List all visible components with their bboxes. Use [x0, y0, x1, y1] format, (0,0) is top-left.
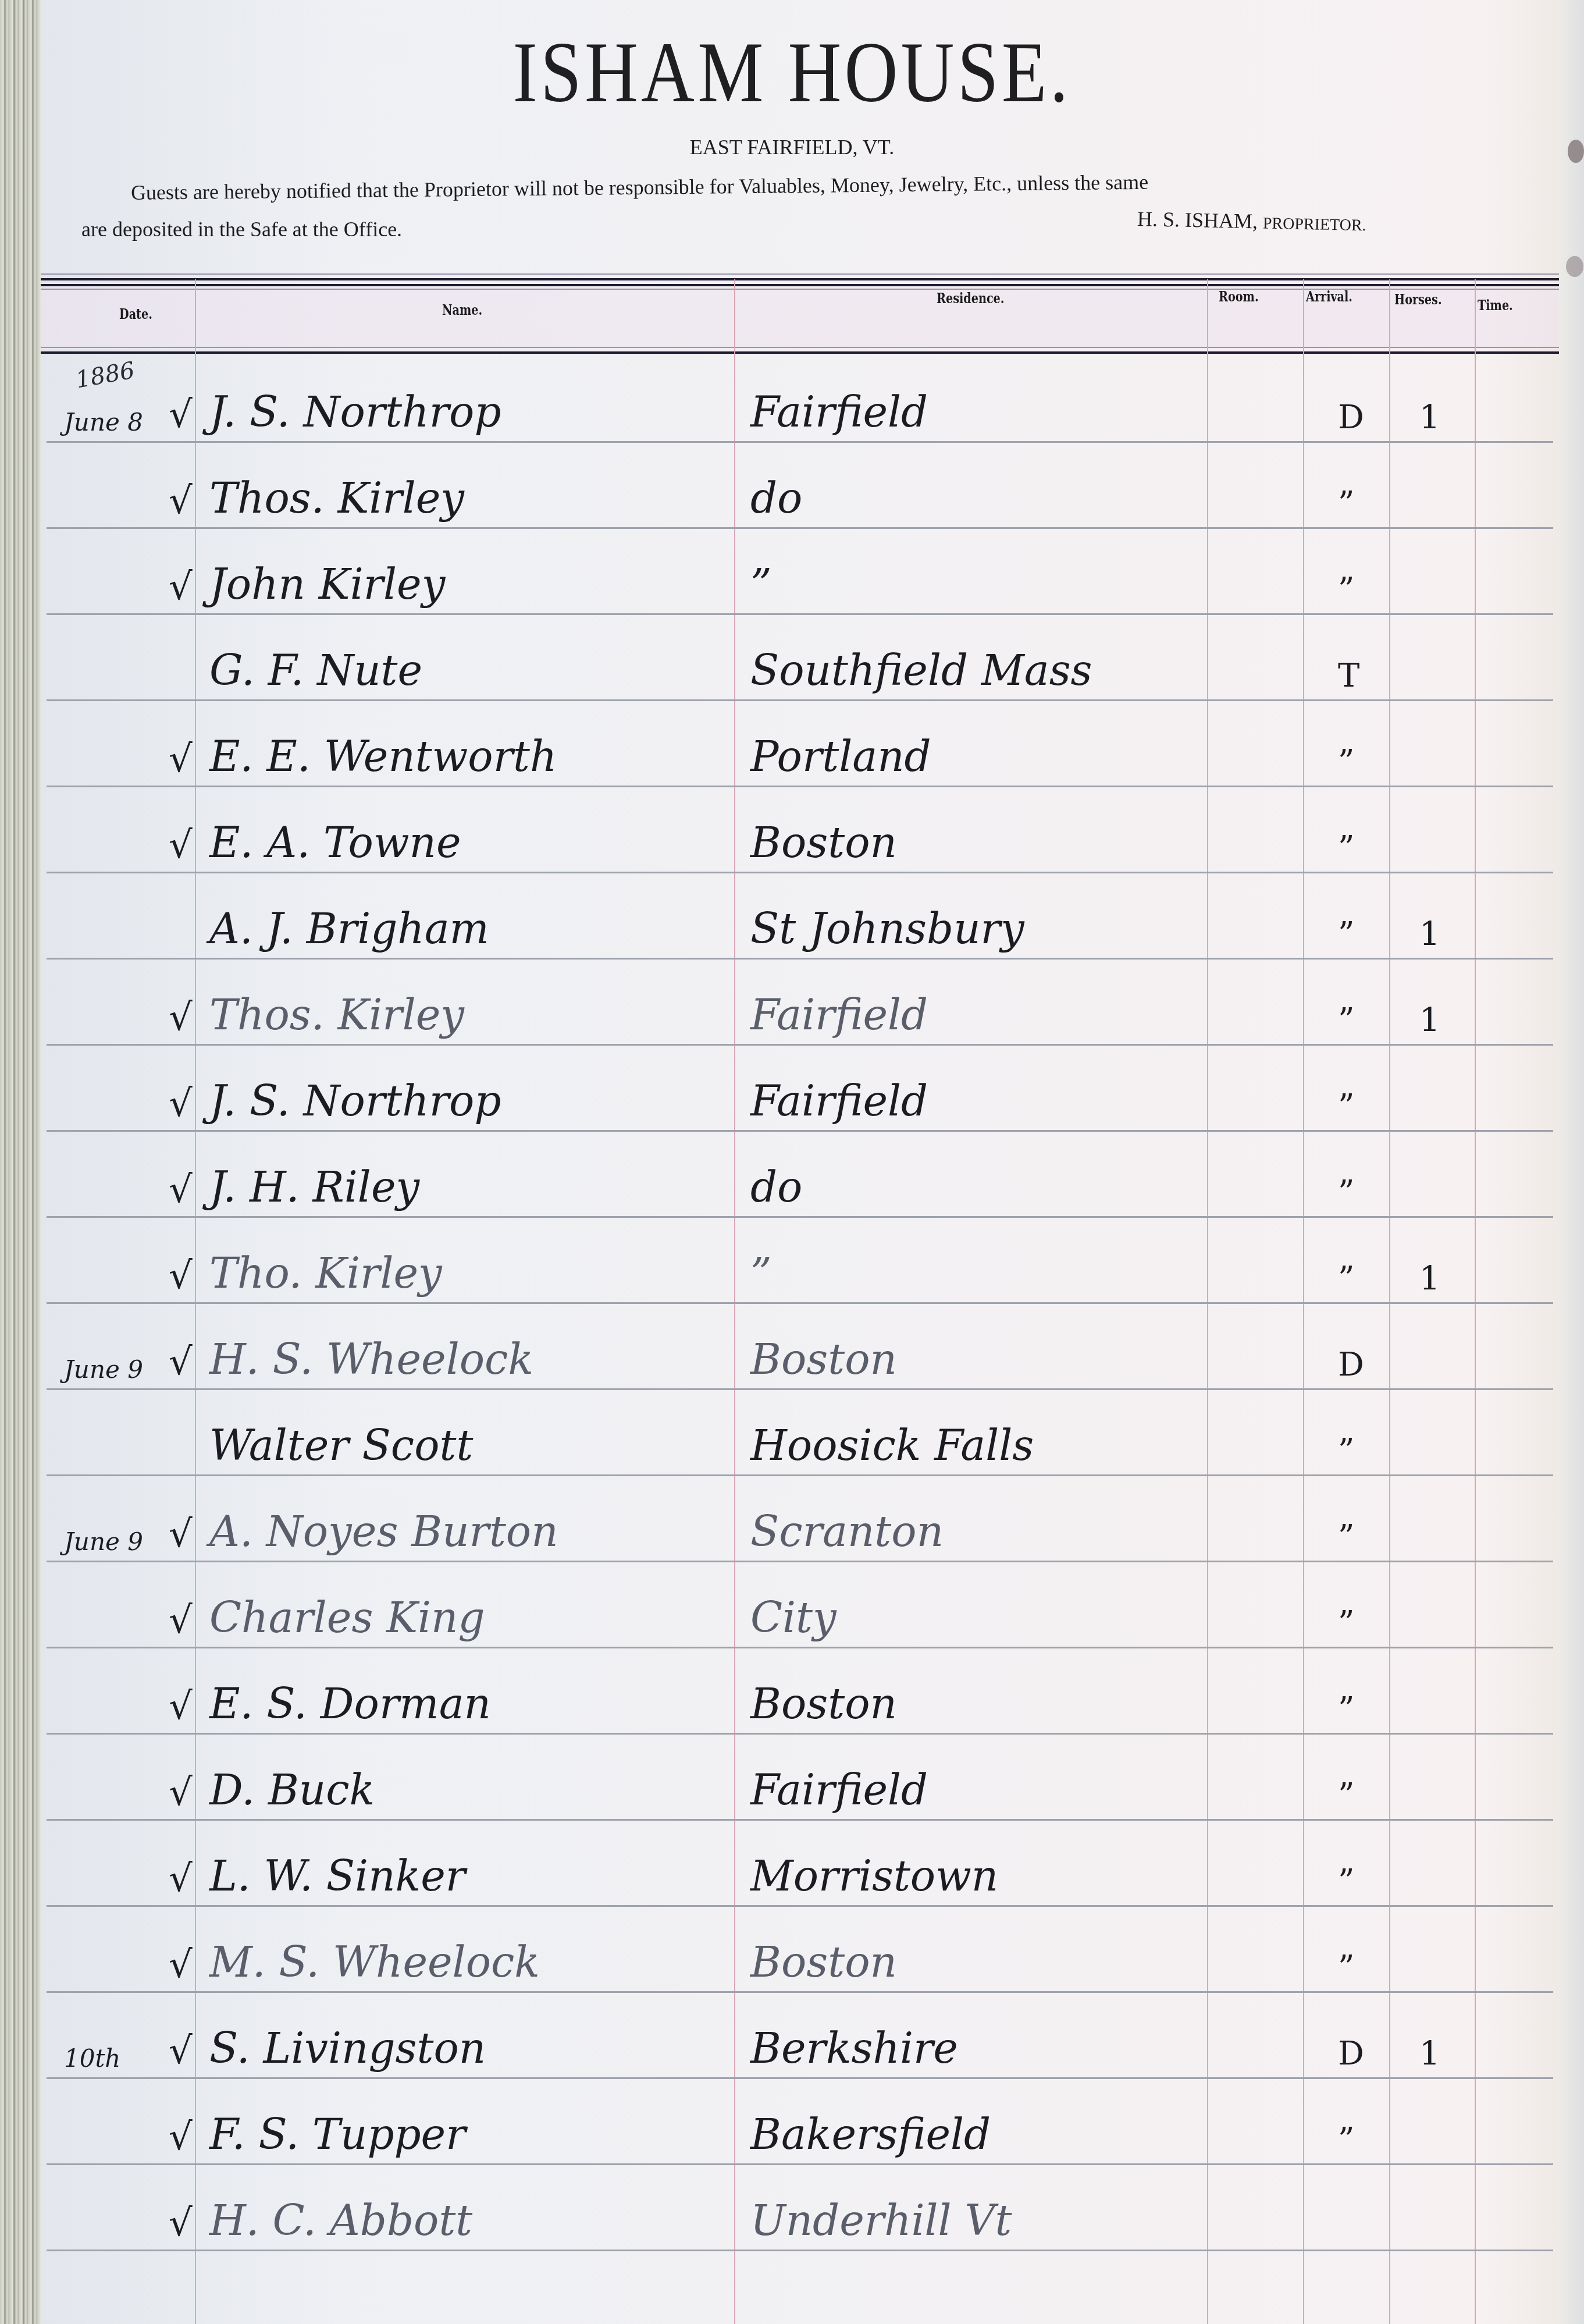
guest-name: Walter Scott: [209, 1421, 473, 1470]
checkmark-icon: √: [169, 1943, 193, 1987]
guest-name: F. S. Tupper: [209, 2110, 466, 2159]
ledger-rule: [47, 613, 1553, 615]
checkmark-icon: √: [169, 1857, 193, 1900]
ledger-rule: [47, 1733, 1553, 1735]
register-row: A. J. BrighamSt Johnsbury”1: [0, 877, 1584, 964]
ledger-rule: [47, 1991, 1553, 1993]
arrival-mark: D: [1338, 399, 1364, 436]
guest-residence: Fairfield: [750, 990, 928, 1039]
arrival-mark: ”: [1338, 1001, 1355, 1039]
column-header-name: Name.: [442, 301, 482, 318]
checkmark-icon: √: [169, 2116, 193, 2159]
column-header-residence: Residence.: [937, 290, 1004, 307]
guest-residence: St Johnsbury: [750, 904, 1024, 953]
proprietor-title: PROPRIETOR.: [1263, 215, 1366, 235]
horses-count: 1: [1419, 1260, 1440, 1298]
ledger-rule: [47, 1388, 1553, 1390]
guest-name: D. Buck: [209, 1765, 375, 1814]
checkmark-icon: √: [169, 393, 193, 436]
register-row: June 8√J. S. NorthropFairfieldD1: [0, 361, 1584, 447]
ledger-rule: [47, 1905, 1553, 1907]
horses-count: 1: [1419, 399, 1440, 436]
register-row: √Thos. Kirleydo”: [0, 447, 1584, 533]
arrival-mark: ”: [1338, 1174, 1355, 1211]
arrival-mark: D: [1338, 2035, 1364, 2073]
ledger-rule: [47, 1474, 1553, 1476]
register-row: June 9√A. Noyes BurtonScranton”: [0, 1480, 1584, 1566]
guest-name: H. C. Abbott: [209, 2196, 472, 2245]
checkmark-icon: √: [169, 2030, 193, 2073]
ledger-rule: [47, 1561, 1553, 1562]
checkmark-icon: √: [169, 738, 193, 781]
arrival-mark: ”: [1338, 1518, 1355, 1556]
ledger-rule: [47, 1216, 1553, 1218]
checkmark-icon: √: [169, 1513, 193, 1556]
checkmark-icon: √: [169, 566, 193, 609]
ledger-rule: [47, 2077, 1553, 2079]
guest-residence: Hoosick Falls: [750, 1421, 1034, 1470]
guest-name: E. S. Dorman: [209, 1679, 491, 1728]
checkmark-icon: √: [169, 1599, 193, 1642]
guest-residence: Southfield Mass: [750, 646, 1092, 695]
liability-notice-line2: are deposited in the Safe at the Office.: [81, 217, 402, 241]
ink-blot: [1566, 256, 1583, 277]
guest-residence: do: [750, 1163, 802, 1211]
arrival-mark: ”: [1338, 1260, 1355, 1298]
register-row: √J. S. NorthropFairfield”: [0, 1050, 1584, 1136]
ledger-rule: [47, 2250, 1553, 2251]
column-header-date: Date.: [119, 305, 152, 322]
checkmark-icon: √: [169, 824, 193, 867]
arrival-mark: ”: [1338, 915, 1355, 953]
register-row: √John Kirley””: [0, 533, 1584, 619]
guest-name: J. S. Northrop: [209, 388, 501, 436]
checkmark-icon: √: [169, 479, 193, 523]
entry-date: June 8: [64, 408, 143, 436]
register-row: √L. W. SinkerMorristown”: [0, 1825, 1584, 1911]
checkmark-icon: √: [169, 1685, 193, 1728]
guest-name: Thos. Kirley: [209, 990, 464, 1039]
header-rule-bottom: [41, 351, 1559, 354]
checkmark-icon: √: [169, 996, 193, 1039]
register-row: √E. S. DormanBoston”: [0, 1653, 1584, 1739]
register-row: √D. BuckFairfield”: [0, 1739, 1584, 1825]
header-rule-top-2: [41, 284, 1559, 286]
register-row: √F. S. TupperBakersfield”: [0, 2083, 1584, 2169]
guest-residence: Fairfield: [750, 1765, 928, 1814]
checkmark-icon: √: [169, 1771, 193, 1814]
guest-residence: do: [750, 474, 802, 523]
guest-residence: ”: [750, 560, 772, 609]
checkmark-icon: √: [169, 1341, 193, 1384]
guest-residence: Boston: [750, 1335, 897, 1384]
guest-name: A. Noyes Burton: [209, 1507, 558, 1556]
register-row: √Charles KingCity”: [0, 1566, 1584, 1653]
arrival-mark: ”: [1338, 1776, 1355, 1814]
arrival-mark: ”: [1338, 829, 1355, 867]
proprietor-signature: H. S. ISHAM, PROPRIETOR.: [1137, 207, 1366, 236]
guest-name: Charles King: [209, 1593, 485, 1642]
horses-count: 1: [1419, 2035, 1440, 2073]
arrival-mark: ”: [1338, 2121, 1355, 2159]
hotel-title: ISHAM HOUSE.: [111, 23, 1473, 122]
guest-residence: City: [750, 1593, 837, 1642]
ledger-rule: [47, 1819, 1553, 1821]
header-rule-top-thin: [41, 273, 1559, 275]
guest-name: S. Livingston: [209, 2024, 486, 2073]
arrival-mark: ”: [1338, 1690, 1355, 1728]
arrival-mark: ”: [1338, 1088, 1355, 1125]
ledger-rule: [47, 441, 1553, 443]
ledger-rule: [47, 1130, 1553, 1132]
column-header-horses: Horses.: [1394, 291, 1442, 308]
register-row: √E. A. TowneBoston”: [0, 791, 1584, 877]
guest-residence: Boston: [750, 1679, 897, 1728]
horses-count: 1: [1419, 1001, 1440, 1039]
column-header-room: Room.: [1219, 288, 1259, 305]
arrival-mark: ”: [1338, 1432, 1355, 1470]
arrival-mark: ”: [1338, 485, 1355, 523]
register-row: √J. H. Rileydo”: [0, 1136, 1584, 1222]
guest-name: L. W. Sinker: [209, 1852, 465, 1900]
register-row: √H. C. AbbottUnderhill Vt: [0, 2169, 1584, 2255]
ledger-rule: [47, 958, 1553, 960]
ledger-rule: [47, 2163, 1553, 2165]
guest-name: H. S. Wheelock: [209, 1335, 533, 1384]
header-rule-bottom-thin: [41, 347, 1559, 348]
checkmark-icon: √: [169, 1082, 193, 1125]
guest-residence: Bakersfield: [750, 2110, 991, 2159]
guest-residence: Underhill Vt: [750, 2196, 1012, 2245]
horses-count: 1: [1419, 915, 1440, 953]
ledger-rule: [47, 1302, 1553, 1304]
entry-date: June 9: [64, 1527, 143, 1556]
ledger-rule: [47, 872, 1553, 873]
register-row: √Tho. Kirley””1: [0, 1222, 1584, 1308]
arrival-mark: ”: [1338, 743, 1355, 781]
ledger-rule: [47, 527, 1553, 529]
hotel-location: EAST FAIRFIELD, VT.: [0, 135, 1584, 159]
arrival-mark: ”: [1338, 571, 1355, 609]
guest-name: Tho. Kirley: [209, 1249, 442, 1298]
entry-date: June 9: [64, 1355, 143, 1384]
guest-name: A. J. Brigham: [209, 904, 489, 953]
arrival-mark: ”: [1338, 1863, 1355, 1900]
guest-name: G. F. Nute: [209, 646, 422, 695]
arrival-mark: T: [1338, 657, 1359, 695]
guest-residence: ”: [750, 1249, 772, 1298]
arrival-mark: ”: [1338, 1949, 1355, 1987]
register-row: √E. E. WentworthPortland”: [0, 705, 1584, 791]
entry-date: 10th: [64, 2044, 120, 2073]
guest-residence: Portland: [750, 732, 931, 781]
ledger-rule: [47, 1044, 1553, 1046]
ledger-rule: [47, 786, 1553, 787]
header-rule-top: [41, 278, 1559, 280]
guest-name: John Kirley: [209, 560, 445, 609]
guest-residence: Fairfield: [750, 1076, 928, 1125]
guest-name: E. E. Wentworth: [209, 732, 557, 781]
arrival-mark: D: [1338, 1346, 1364, 1384]
guest-residence: Boston: [750, 1938, 897, 1987]
guest-residence: Scranton: [750, 1507, 944, 1556]
guest-residence: Boston: [750, 818, 897, 867]
register-row: √M. S. WheelockBoston”: [0, 1911, 1584, 1997]
guest-name: M. S. Wheelock: [209, 1938, 540, 1987]
guest-residence: Berkshire: [750, 2024, 958, 2073]
ledger-rule: [47, 1647, 1553, 1648]
register-row: √Thos. KirleyFairfield”1: [0, 964, 1584, 1050]
ledger-rule: [47, 699, 1553, 701]
checkmark-icon: √: [169, 1255, 193, 1298]
register-row: June 9√H. S. WheelockBostonD: [0, 1308, 1584, 1394]
checkmark-icon: √: [169, 2202, 193, 2245]
proprietor-name: H. S. ISHAM,: [1137, 207, 1258, 233]
guest-name: Thos. Kirley: [209, 474, 464, 523]
register-row: Walter ScottHoosick Falls”: [0, 1394, 1584, 1480]
checkmark-icon: √: [169, 1168, 193, 1211]
column-header-time: Time.: [1478, 297, 1513, 314]
guest-name: J. S. Northrop: [209, 1076, 501, 1125]
guest-name: E. A. Towne: [209, 818, 461, 867]
register-row: 10th√S. LivingstonBerkshireD1: [0, 1997, 1584, 2083]
register-row: G. F. NuteSouthfield MassT: [0, 619, 1584, 705]
arrival-mark: ”: [1338, 1604, 1355, 1642]
guest-residence: Fairfield: [750, 388, 928, 436]
guest-residence: Morristown: [750, 1852, 998, 1900]
guest-name: J. H. Riley: [209, 1163, 419, 1211]
column-header-arrival: Arrival.: [1306, 288, 1352, 305]
